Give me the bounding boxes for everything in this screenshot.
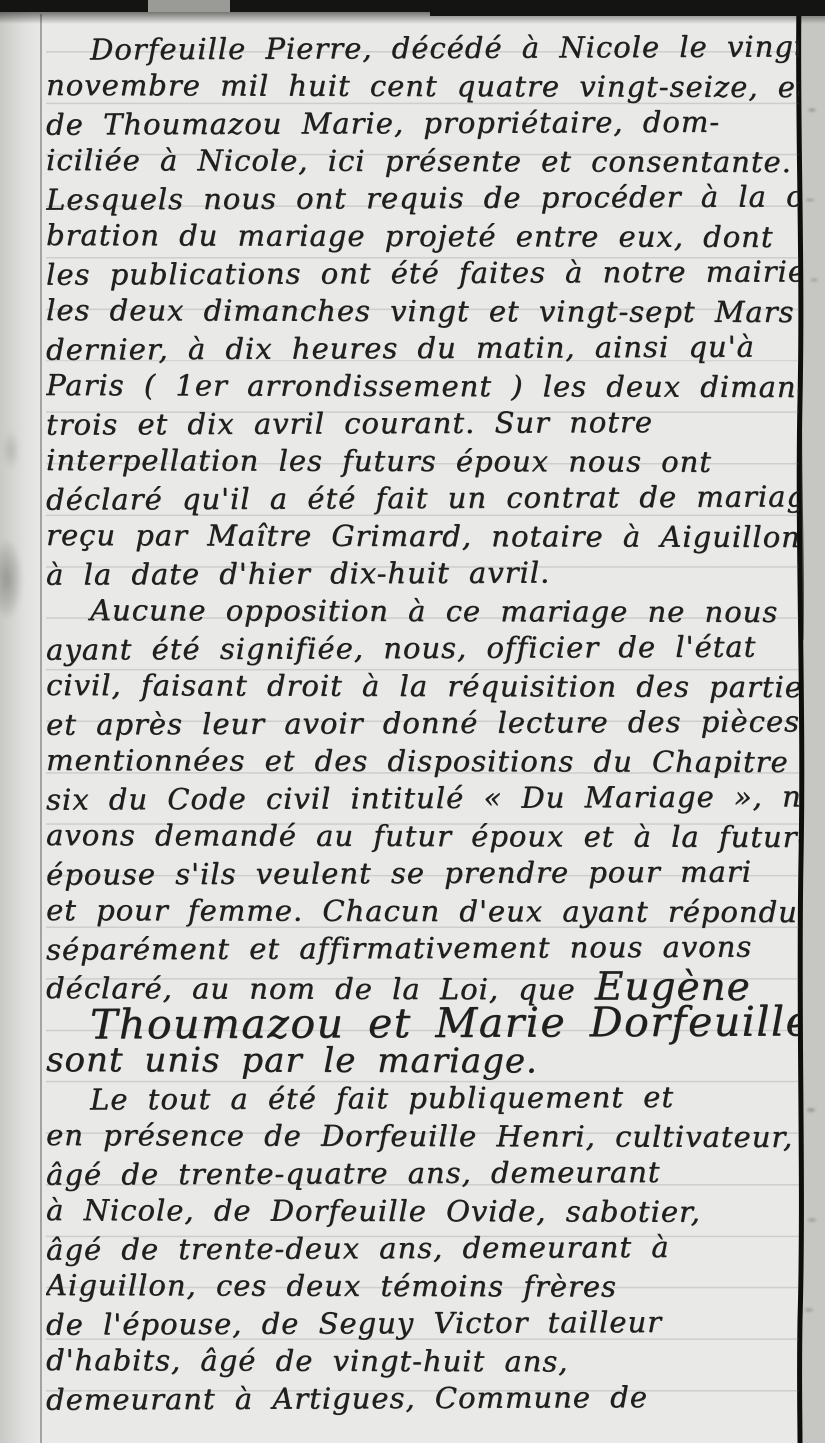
manuscript-line: dernier, à dix heures du matin, ainsi qu… xyxy=(46,328,799,369)
manuscript-line: novembre mil huit cent quatre vingt-seiz… xyxy=(46,67,799,106)
manuscript-line: iciliée à Nicole, ici présente et consen… xyxy=(46,142,799,181)
manuscript-line-text: avons demandé au futur époux et à la fut… xyxy=(46,818,799,854)
manuscript-line-text: d'habits, âgé de vingt-huit ans, xyxy=(46,1343,568,1378)
manuscript-line: et pour femme. Chacun d'eux ayant répond… xyxy=(46,892,799,931)
manuscript-line: reçu par Maître Grimard, notaire à Aigui… xyxy=(46,517,799,556)
manuscript-line: de Thoumazou Marie, propriétaire, dom- xyxy=(46,103,799,144)
margin-rule-line xyxy=(40,14,42,1443)
manuscript-line-text: bration du mariage projeté entre eux, do… xyxy=(46,218,773,254)
scan-top-edge-gap xyxy=(148,0,230,12)
manuscript-line: demeurant à Artigues, Commune de xyxy=(46,1378,799,1419)
ink-blotch xyxy=(0,540,22,618)
manuscript-line-text: Paris ( 1er arrondissement ) les deux di… xyxy=(46,368,799,404)
manuscript-line-text: et pour femme. Chacun d'eux ayant répond… xyxy=(46,893,798,929)
manuscript-line: civil, faisant droit à la réquisition de… xyxy=(46,667,799,706)
manuscript-line-text: épouse s'ils veulent se prendre pour mar… xyxy=(46,855,752,892)
manuscript-line-text: de Thoumazou Marie, propriétaire, dom- xyxy=(46,105,720,142)
manuscript-line-text: à la date d'hier dix-huit avril. xyxy=(46,555,550,591)
manuscript-line: âgé de trente-deux ans, demeurant à xyxy=(46,1228,799,1269)
manuscript-line-text: de l'épouse, de Seguy Victor tailleur xyxy=(46,1305,662,1342)
manuscript-line: six du Code civil intitulé « Du Mariage … xyxy=(46,778,799,819)
manuscript-line-text: interpellation les futurs époux nous ont xyxy=(46,443,712,479)
manuscript-line-text: sont unis par le mariage. xyxy=(46,1040,538,1081)
manuscript-line: en présence de Dorfeuille Henri, cultiva… xyxy=(46,1117,799,1156)
manuscript-line-text: séparément et affirmativement nous avons xyxy=(46,930,752,967)
manuscript-line-text: déclaré qu'il a été fait un contrat de m… xyxy=(46,479,799,516)
manuscript-line: et après leur avoir donné lecture des pi… xyxy=(46,703,799,744)
manuscript-line: interpellation les futurs époux nous ont xyxy=(46,442,799,481)
manuscript-line: Aucune opposition à ce mariage ne nous xyxy=(46,592,799,631)
manuscript-line-text: Aiguillon, ces deux témoins frères xyxy=(46,1268,617,1303)
manuscript-line-text: les publications ont été faites à notre … xyxy=(46,254,799,291)
manuscript-line: sont unis par le mariage. xyxy=(46,1042,799,1081)
manuscript-line: épouse s'ils veulent se prendre pour mar… xyxy=(46,853,799,894)
manuscript-line-text: dernier, à dix heures du matin, ainsi qu… xyxy=(46,330,755,367)
manuscript-line: Le tout a été fait publiquement et xyxy=(46,1078,799,1119)
manuscript-line: mentionnées et des dispositions du Chapi… xyxy=(46,742,799,781)
manuscript-line-text: demeurant à Artigues, Commune de xyxy=(46,1380,648,1417)
manuscript-line: Lesquels nous ont requis de procéder à l… xyxy=(46,178,799,219)
manuscript-line: ayant été signifiée, nous, officier de l… xyxy=(46,628,799,669)
scan-top-edge-right xyxy=(430,0,825,16)
manuscript-line: déclaré qu'il a été fait un contrat de m… xyxy=(46,478,799,519)
manuscript-line: âgé de trente-quatre ans, demeurant xyxy=(46,1153,799,1194)
manuscript-line-text: civil, faisant droit à la réquisition de… xyxy=(46,668,799,704)
manuscript-line-text: Le tout a été fait publiquement et xyxy=(90,1080,674,1117)
manuscript-line-text: reçu par Maître Grimard, notaire à Aigui… xyxy=(46,518,799,554)
manuscript-line-text: âgé de trente-deux ans, demeurant à xyxy=(46,1230,670,1267)
manuscript-line-text: les deux dimanches vingt et vingt-sept M… xyxy=(46,293,794,329)
manuscript-line-text: Dorfeuille Pierre, décédé à Nicole le vi… xyxy=(90,29,799,66)
manuscript-text-block: Dorfeuille Pierre, décédé à Nicole le vi… xyxy=(46,16,799,1443)
manuscript-line-text: ayant été signifiée, nous, officier de l… xyxy=(46,630,756,667)
manuscript-line: trois et dix avril courant. Sur notre xyxy=(46,403,799,444)
manuscript-line: de l'épouse, de Seguy Victor tailleur xyxy=(46,1303,799,1344)
manuscript-line: d'habits, âgé de vingt-huit ans, xyxy=(46,1342,799,1381)
scanned-register-page: Dorfeuille Pierre, décédé à Nicole le vi… xyxy=(0,0,825,1443)
manuscript-line: bration du mariage projeté entre eux, do… xyxy=(46,217,799,256)
manuscript-line-text: et après leur avoir donné lecture des pi… xyxy=(46,704,799,741)
manuscript-line: à Nicole, de Dorfeuille Ovide, sabotier, xyxy=(46,1192,799,1231)
manuscript-line: à la date d'hier dix-huit avril. xyxy=(46,553,799,594)
manuscript-line-text: six du Code civil intitulé « Du Mariage … xyxy=(46,779,799,817)
scan-left-shadow xyxy=(0,0,42,1443)
manuscript-line-text: trois et dix avril courant. Sur notre xyxy=(46,405,653,442)
manuscript-line-text: Aucune opposition à ce mariage ne nous xyxy=(90,593,778,629)
manuscript-line-text: iciliée à Nicole, ici présente et consen… xyxy=(46,143,792,179)
manuscript-line: Thoumazou et Marie Dorfeuille xyxy=(46,1003,799,1044)
manuscript-line-text: Lesquels nous ont requis de procéder à l… xyxy=(46,179,799,217)
manuscript-line: Aiguillon, ces deux témoins frères xyxy=(46,1267,799,1306)
manuscript-line-text: âgé de trente-quatre ans, demeurant xyxy=(46,1155,660,1192)
manuscript-line: les deux dimanches vingt et vingt-sept M… xyxy=(46,292,799,331)
manuscript-line-text: mentionnées et des dispositions du Chapi… xyxy=(46,743,789,779)
manuscript-line: Paris ( 1er arrondissement ) les deux di… xyxy=(46,367,799,406)
ink-smudge xyxy=(2,430,20,470)
manuscript-line: avons demandé au futur époux et à la fut… xyxy=(46,817,799,856)
manuscript-line: séparément et affirmativement nous avons xyxy=(46,928,799,969)
manuscript-line: les publications ont été faites à notre … xyxy=(46,253,799,294)
manuscript-line: Dorfeuille Pierre, décédé à Nicole le vi… xyxy=(46,28,799,69)
manuscript-line-text: en présence de Dorfeuille Henri, cultiva… xyxy=(46,1118,793,1154)
manuscript-line-text: à Nicole, de Dorfeuille Ovide, sabotier, xyxy=(46,1193,701,1229)
manuscript-line-text: novembre mil huit cent quatre vingt-seiz… xyxy=(46,68,799,104)
